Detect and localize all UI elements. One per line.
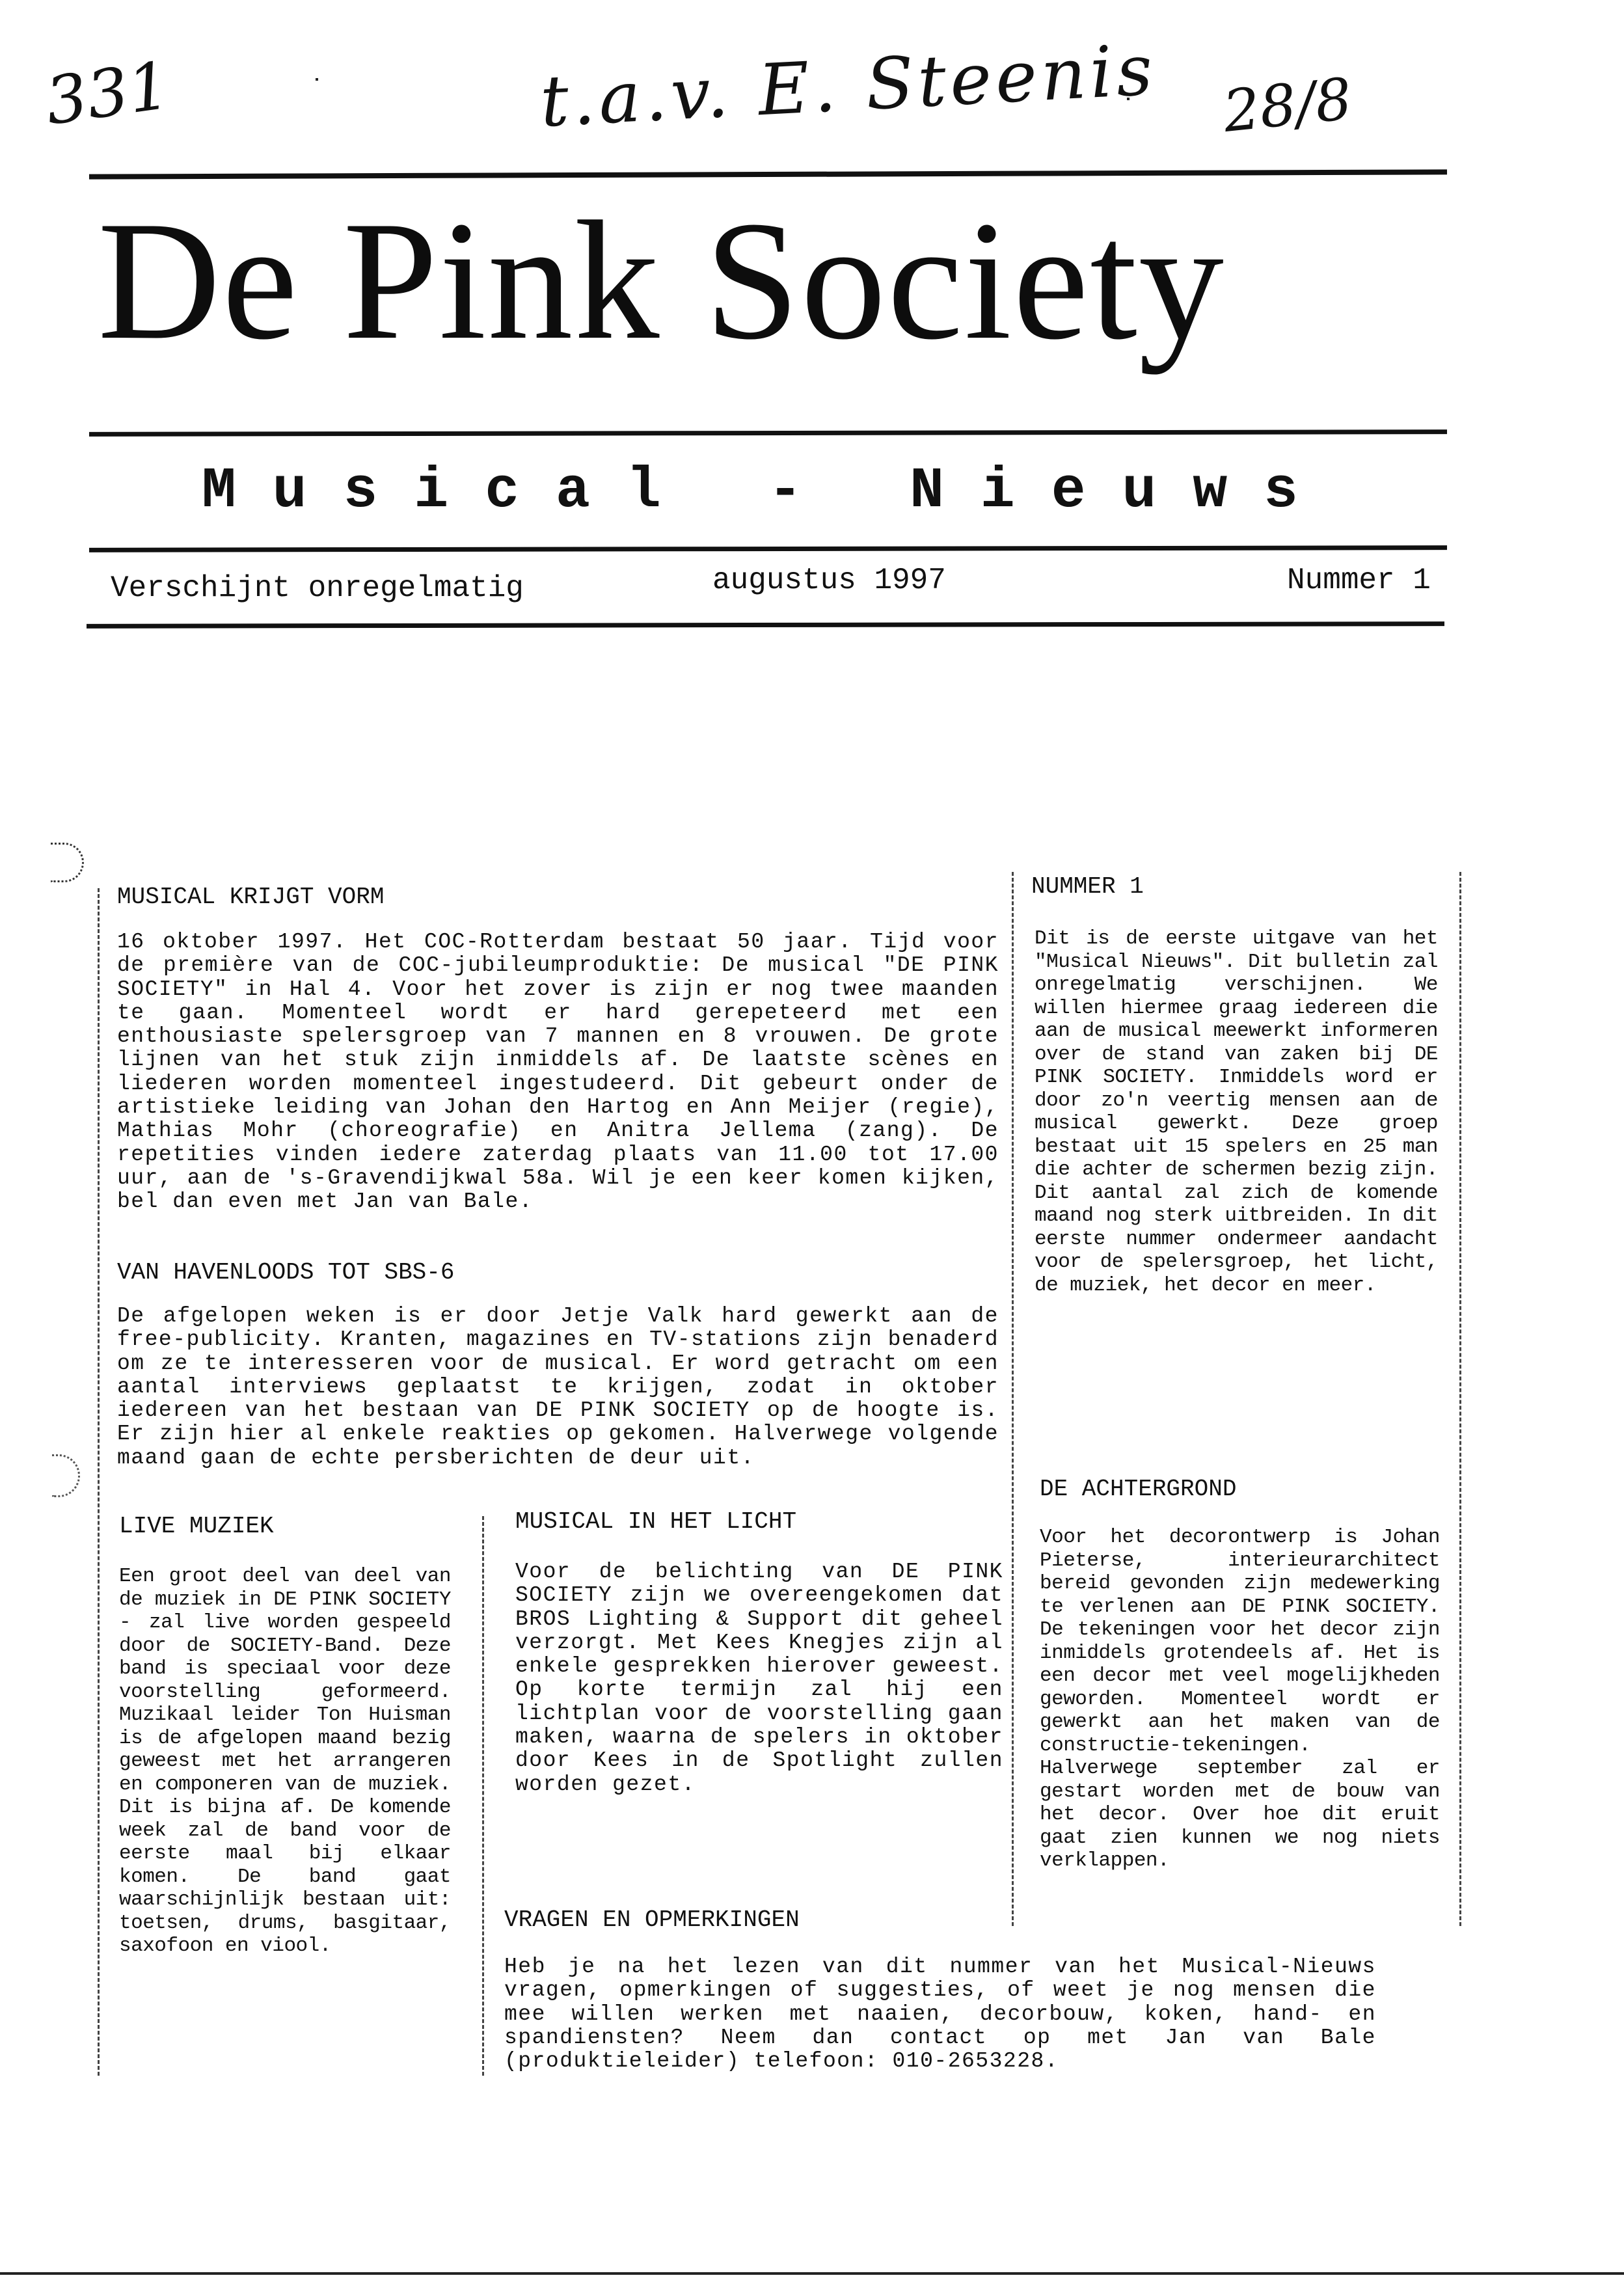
scan-speck: [1127, 98, 1130, 100]
article-body-musical-in-het-licht: Voor de belichting van DE PINK SOCIETY z…: [515, 1560, 1003, 1797]
article-heading-live-muziek: LIVE MUZIEK: [119, 1513, 274, 1540]
masthead-top-rule: [89, 169, 1447, 179]
handwritten-addressee: t.a.v. E. Steenis: [538, 29, 1158, 142]
handwritten-reference-number: 331: [41, 47, 174, 139]
article-body-live-muziek: Een groot deel van deel van de muziek in…: [119, 1565, 451, 1958]
article-heading-de-achtergrond: DE ACHTERGROND: [1040, 1476, 1236, 1502]
punch-hole-mark: [51, 843, 84, 882]
masthead-bottom-rule: [87, 621, 1444, 629]
scan-speck: [316, 78, 318, 81]
newsletter-title: De Pink Society: [98, 195, 1225, 366]
article-body-van-havenloods: De afgelopen weken is er door Jetje Valk…: [117, 1305, 999, 1470]
punch-hole-mark: [52, 1454, 80, 1497]
masthead-subtitle-rule: [89, 545, 1447, 552]
issue-number: Nummer 1: [1287, 563, 1431, 597]
article-body-vragen-en-opmerkingen: Heb je na het lezen van dit nummer van h…: [504, 1955, 1376, 2073]
scan-bottom-edge: [0, 2272, 1624, 2275]
masthead-title-rule: [89, 429, 1447, 437]
article-body-musical-krijgt-vorm: 16 oktober 1997. Het COC-Rotterdam besta…: [117, 930, 999, 1214]
lower-middle-column-border: [482, 1516, 484, 2076]
main-column-border: [98, 888, 100, 2076]
article-heading-nummer-1: NUMMER 1: [1031, 873, 1144, 900]
article-heading-musical-krijgt-vorm: MUSICAL KRIJGT VORM: [117, 884, 384, 910]
newsletter-subtitle: Musical - Nieuws: [202, 459, 1334, 524]
publication-frequency: Verschijnt onregelmatig: [111, 571, 524, 605]
article-heading-van-havenloods: VAN HAVENLOODS TOT SBS-6: [117, 1259, 454, 1286]
article-body-nummer-1: Dit is de eerste uitgave van het "Musica…: [1035, 927, 1438, 1297]
article-heading-vragen-en-opmerkingen: VRAGEN EN OPMERKINGEN: [504, 1907, 800, 1933]
article-body-de-achtergrond: Voor het decorontwerp is Johan Pieterse,…: [1040, 1526, 1440, 1873]
article-heading-musical-in-het-licht: MUSICAL IN HET LICHT: [515, 1508, 796, 1535]
handwritten-date: 28/8: [1220, 65, 1355, 145]
issue-date: augustus 1997: [712, 563, 946, 597]
